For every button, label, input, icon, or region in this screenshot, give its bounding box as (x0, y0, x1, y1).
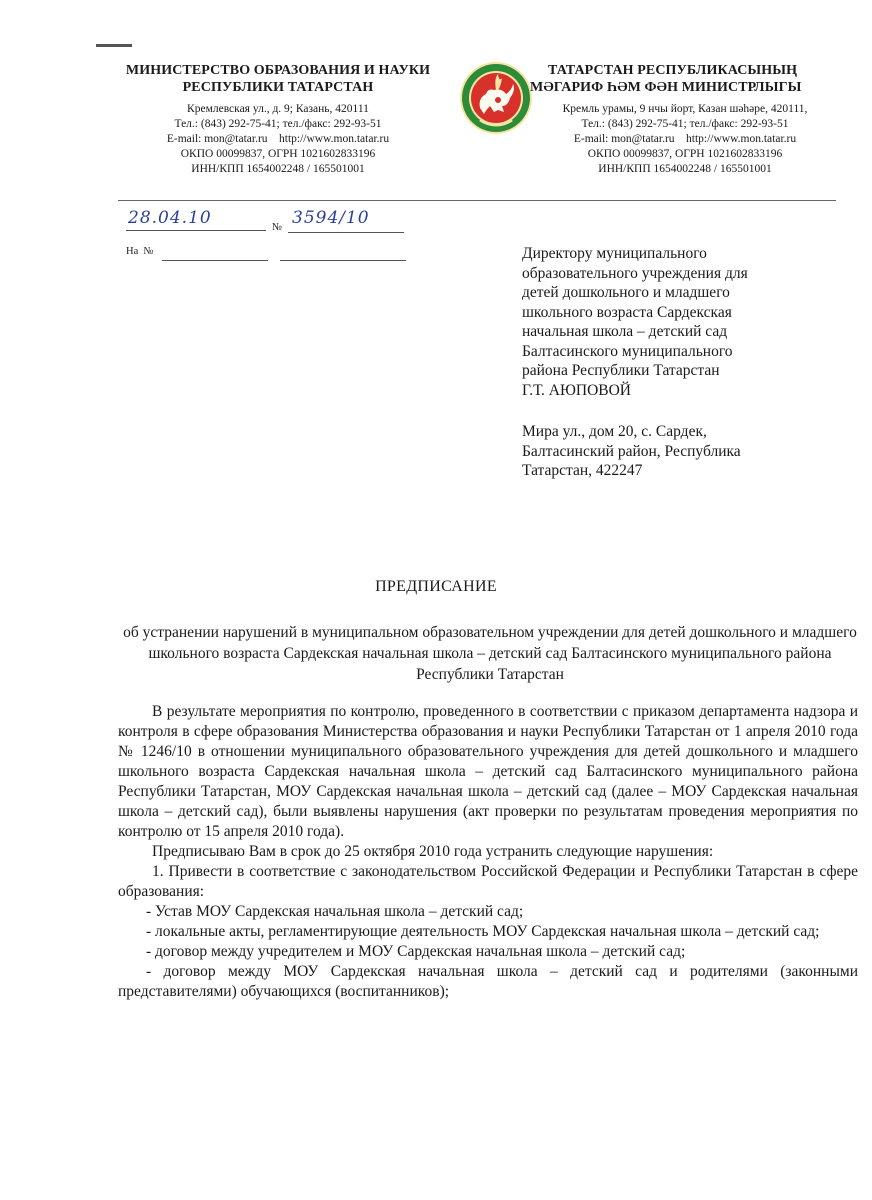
ministry-okpo-tt: ОКПО 00099837, ОГРН 1021602833196 (530, 147, 840, 162)
ministry-phone-tt: Тел.: (843) 292-75-41; тел./факс: 292-93… (530, 117, 840, 132)
addressee-line: образовательного учреждения для (522, 264, 832, 284)
list-item: - договор между учредителем и МОУ Сардек… (118, 942, 858, 962)
paragraph: В результате мероприятия по контролю, пр… (118, 702, 858, 842)
paragraph: Предписываю Вам в срок до 25 октября 201… (118, 842, 858, 862)
addressee-line: детей дошкольного и младшего (522, 283, 832, 303)
letterhead-right: ТАТАРСТАН РЕСПУБЛИКАСЫНЫҢ МӘГАРИФ ҺӘМ ФӘ… (530, 62, 840, 177)
ministry-address: Кремлевская ул., д. 9; Казань, 420111 (118, 102, 438, 117)
reply-number-line (162, 260, 268, 261)
letterhead-divider (118, 200, 836, 201)
letterhead-left: МИНИСТЕРСТВО ОБРАЗОВАНИЯ И НАУКИ РЕСПУБЛ… (118, 62, 438, 177)
addressee-line: района Республики Татарстан (522, 361, 832, 381)
document-title: ПРЕДПИСАНИЕ (0, 578, 872, 596)
outgoing-date: 28.04.10 (128, 208, 212, 228)
reply-to-label: На № (126, 246, 154, 257)
republic-name-ru: РЕСПУБЛИКИ ТАТАРСТАН (118, 79, 438, 96)
ministry-inn: ИНН/КПП 1654002248 / 165501001 (118, 162, 438, 177)
reply-date-line (280, 260, 406, 261)
outgoing-number: 3594/10 (292, 208, 370, 228)
list-item: - договор между МОУ Сардекская начальная… (118, 962, 858, 1002)
scan-mark (96, 44, 132, 47)
number-underline (288, 232, 404, 233)
ministry-address-tt: Кремль урамы, 9 нчы йорт, Казан шәһәре, … (530, 102, 840, 117)
ministry-email-web: E-mail: mon@tatar.ru http://www.mon.tata… (118, 132, 438, 147)
addressee-line: школьного возраста Сардекская (522, 303, 832, 323)
paragraph: 1. Привести в соответствие с законодател… (118, 862, 858, 902)
addressee-name: Г.Т. АЮПОВОЙ (522, 381, 832, 401)
addressee-line: начальная школа – детский сад (522, 322, 832, 342)
list-item: - локальные акты, регламентирующие деяте… (118, 922, 858, 942)
addressee-address: Мира ул., дом 20, с. Сардек, (522, 422, 832, 442)
number-label: № (272, 222, 282, 233)
ministry-name-ru: МИНИСТЕРСТВО ОБРАЗОВАНИЯ И НАУКИ (118, 62, 438, 79)
list-item: - Устав МОУ Сардекская начальная школа –… (118, 902, 858, 922)
date-underline (126, 230, 266, 231)
document-subject: об устранении нарушений в муниципальном … (120, 622, 860, 685)
ministry-name-tt: ТАТАРСТАН РЕСПУБЛИКАСЫНЫҢ (530, 62, 840, 79)
addressee-line: Балтасинского муниципального (522, 342, 832, 362)
ministry-name-tt-2: МӘГАРИФ ҺӘМ ФӘН МИНИСТРЛЫГЫ (530, 79, 840, 96)
document-body: В результате мероприятия по контролю, пр… (118, 702, 858, 1002)
addressee-line: Директору муниципального (522, 244, 832, 264)
addressee-address: Татарстан, 422247 (522, 461, 832, 481)
ministry-phone: Тел.: (843) 292-75-41; тел./факс: 292-93… (118, 117, 438, 132)
addressee-block: Директору муниципального образовательног… (522, 244, 832, 481)
ministry-inn-tt: ИНН/КПП 1654002248 / 165501001 (530, 162, 840, 177)
coat-of-arms-icon (458, 60, 534, 136)
addressee-address: Балтасинский район, Республика (522, 442, 832, 462)
ministry-okpo: ОКПО 00099837, ОГРН 1021602833196 (118, 147, 438, 162)
ministry-email-web-tt: E-mail: mon@tatar.ru http://www.mon.tata… (530, 132, 840, 147)
